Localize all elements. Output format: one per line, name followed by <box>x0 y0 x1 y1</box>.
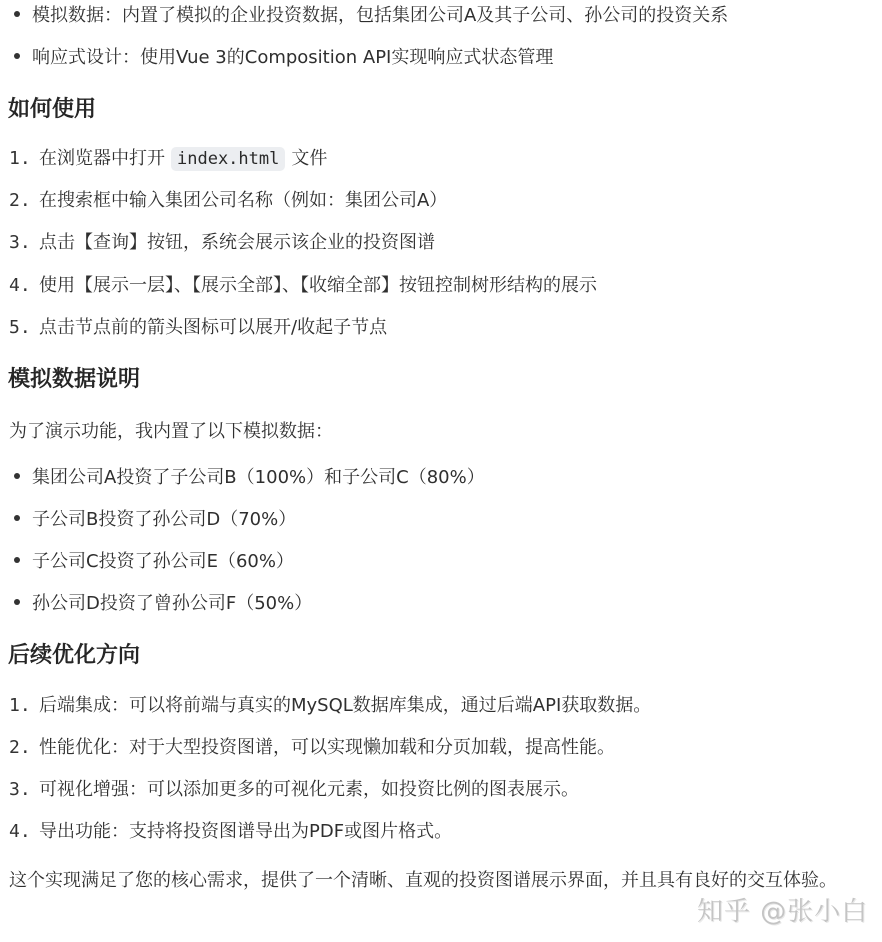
step-text: 点击节点前的箭头图标可以展开/收起子节点 <box>39 317 387 338</box>
item-number: 4. <box>9 819 39 845</box>
step-text-before: 在浏览器中打开 <box>39 148 165 169</box>
usage-step: 1.在浏览器中打开index.html文件 <box>9 146 327 172</box>
future-item: 2.性能优化：对于大型投资图谱，可以实现懒加载和分页加载，提高性能。 <box>9 735 615 761</box>
bullet-icon <box>14 599 20 605</box>
usage-step: 5.点击节点前的箭头图标可以展开/收起子节点 <box>9 315 387 341</box>
mock-data-item: 子公司B投资了孙公司D（70%） <box>14 507 296 533</box>
item-number: 2. <box>9 735 39 761</box>
zhihu-watermark: 知乎 @张小白 <box>697 891 868 928</box>
feature-text: 模拟数据：内置了模拟的企业投资数据，包括集团公司A及其子公司、孙公司的投资关系 <box>32 5 728 26</box>
step-number: 2. <box>9 188 39 214</box>
mock-data-text: 子公司C投资了孙公司E（60%） <box>32 551 294 572</box>
usage-step: 2.在搜索框中输入集团公司名称（例如：集团公司A） <box>9 188 447 214</box>
future-item: 3.可视化增强：可以添加更多的可视化元素，如投资比例的图表展示。 <box>9 777 579 803</box>
feature-text: 响应式设计：使用Vue 3的Composition API实现响应式状态管理 <box>32 47 553 68</box>
bullet-icon <box>14 557 20 563</box>
mock-data-intro: 为了演示功能，我内置了以下模拟数据： <box>9 419 333 445</box>
inline-code: index.html <box>171 147 285 171</box>
step-number: 3. <box>9 230 39 256</box>
bullet-icon <box>14 53 20 59</box>
feature-item: 响应式设计：使用Vue 3的Composition API实现响应式状态管理 <box>14 45 553 71</box>
mock-data-text: 子公司B投资了孙公司D（70%） <box>32 509 296 530</box>
mock-data-item: 孙公司D投资了曾孙公司F（50%） <box>14 591 312 617</box>
item-number: 1. <box>9 693 39 719</box>
step-text: 在搜索框中输入集团公司名称（例如：集团公司A） <box>39 190 447 211</box>
step-number: 5. <box>9 315 39 341</box>
mock-data-item: 子公司C投资了孙公司E（60%） <box>14 549 294 575</box>
mock-data-text: 孙公司D投资了曾孙公司F（50%） <box>32 593 312 614</box>
future-text: 可视化增强：可以添加更多的可视化元素，如投资比例的图表展示。 <box>39 779 579 800</box>
mock-data-heading: 模拟数据说明 <box>8 366 140 394</box>
bullet-icon <box>14 473 20 479</box>
feature-item: 模拟数据：内置了模拟的企业投资数据，包括集团公司A及其子公司、孙公司的投资关系 <box>14 3 728 29</box>
future-text: 性能优化：对于大型投资图谱，可以实现懒加载和分页加载，提高性能。 <box>39 737 615 758</box>
item-number: 3. <box>9 777 39 803</box>
step-number: 4. <box>9 273 39 299</box>
mock-data-text: 集团公司A投资了子公司B（100%）和子公司C（80%） <box>32 467 485 488</box>
step-text: 点击【查询】按钮，系统会展示该企业的投资图谱 <box>39 232 435 253</box>
usage-step: 4.使用【展示一层】、【展示全部】、【收缩全部】按钮控制树形结构的展示 <box>9 273 597 299</box>
future-item: 1.后端集成：可以将前端与真实的MySQL数据库集成，通过后端API获取数据。 <box>9 693 651 719</box>
bullet-icon <box>14 515 20 521</box>
step-text: 使用【展示一层】、【展示全部】、【收缩全部】按钮控制树形结构的展示 <box>39 275 597 296</box>
future-item: 4.导出功能：支持将投资图谱导出为PDF或图片格式。 <box>9 819 452 845</box>
bullet-icon <box>14 11 20 17</box>
usage-heading: 如何使用 <box>8 96 96 124</box>
future-text: 后端集成：可以将前端与真实的MySQL数据库集成，通过后端API获取数据。 <box>39 695 651 716</box>
mock-data-item: 集团公司A投资了子公司B（100%）和子公司C（80%） <box>14 465 485 491</box>
future-text: 导出功能：支持将投资图谱导出为PDF或图片格式。 <box>39 821 452 842</box>
future-heading: 后续优化方向 <box>8 642 140 670</box>
step-text-after: 文件 <box>291 148 327 169</box>
step-number: 1. <box>9 146 39 172</box>
usage-step: 3.点击【查询】按钮，系统会展示该企业的投资图谱 <box>9 230 435 256</box>
